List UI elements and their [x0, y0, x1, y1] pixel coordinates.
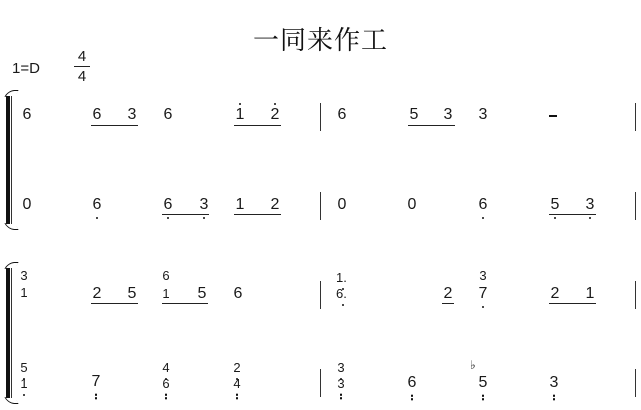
note: 6 [231, 285, 245, 303]
time-signature: 4 4 [74, 48, 90, 85]
system-1-bracket-line [11, 96, 12, 224]
barline [635, 192, 636, 220]
chord-top: 2 [230, 361, 244, 375]
barline [635, 369, 636, 397]
note: 2 [548, 285, 562, 303]
note: 5 [548, 196, 562, 214]
chord-bottom: 6. [336, 287, 356, 301]
note: 6 [405, 374, 419, 392]
barline [635, 103, 636, 131]
chord-bottom: 3 [334, 377, 348, 391]
beam [91, 303, 138, 304]
note: 1 [233, 106, 247, 124]
note: 2 [441, 285, 455, 303]
chord-bottom: 6 [159, 377, 173, 391]
system-2-bracket-line [11, 268, 12, 398]
note: 2 [268, 196, 282, 214]
note: 3 [476, 106, 490, 124]
barline [320, 192, 321, 220]
note: 3 [441, 106, 455, 124]
note: 3 [583, 196, 597, 214]
note: 2 [268, 106, 282, 124]
note: 5 [195, 285, 209, 303]
note: 3 [125, 106, 139, 124]
beam [234, 125, 281, 126]
barline [320, 103, 321, 131]
chord-bottom: 1 [17, 377, 31, 391]
note: 6 [161, 196, 175, 214]
extension-dash [549, 115, 557, 117]
note: 6 [90, 196, 104, 214]
note: 6 [90, 106, 104, 124]
system-2-bracket [6, 268, 14, 398]
beam [162, 214, 209, 215]
beam [549, 303, 596, 304]
chord-bottom: 4 [230, 377, 244, 391]
chord-bottom: 1 [17, 286, 31, 300]
chord-top: 3 [17, 269, 31, 283]
system-1-bracket [6, 96, 14, 224]
barline [320, 281, 321, 309]
note: 3 [197, 196, 211, 214]
note: 5 [125, 285, 139, 303]
note: 7 [89, 373, 103, 391]
beam [549, 214, 596, 215]
note: 2 [90, 285, 104, 303]
time-denominator: 4 [74, 68, 90, 85]
note: 5 [407, 106, 421, 124]
note: 1 [583, 285, 597, 303]
chord-top: 1. [336, 271, 356, 285]
note: 6 [20, 106, 34, 124]
note: 1 [233, 196, 247, 214]
flat-accidental: ♭ [470, 358, 476, 372]
beam [91, 125, 138, 126]
chord-top: 3 [334, 361, 348, 375]
note: 0 [335, 196, 349, 214]
chord-top: 6 [159, 269, 173, 283]
note: 0 [20, 196, 34, 214]
note: 6 [476, 196, 490, 214]
note: 0 [405, 196, 419, 214]
beam [162, 303, 208, 304]
score-title: 一同来作工 [0, 20, 641, 57]
chord-bottom: 1 [159, 287, 173, 301]
note: 6 [335, 106, 349, 124]
chord-top: 4 [159, 361, 173, 375]
beam [442, 303, 454, 304]
note: 5 [476, 374, 490, 392]
chord-top: 3 [476, 269, 490, 283]
time-numerator: 4 [74, 48, 90, 65]
beam [234, 214, 281, 215]
barline [320, 369, 321, 397]
barline [635, 281, 636, 309]
note: 6 [161, 106, 175, 124]
chord-bottom: 7 [476, 285, 490, 303]
beam [408, 125, 455, 126]
chord-top: 5 [17, 361, 31, 375]
key-signature: 1=D [12, 60, 40, 77]
note: 3 [547, 374, 561, 392]
